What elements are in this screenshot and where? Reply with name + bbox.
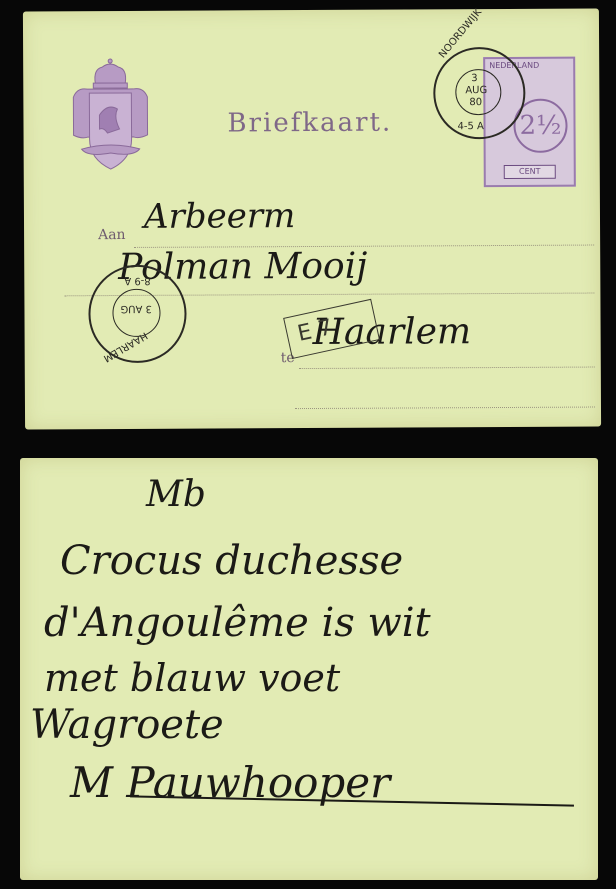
arrival-postmark: HAARLEM 3 AUG 8-9 A [23, 8, 599, 11]
message-line-1: Mb [146, 474, 206, 515]
postcard-front: Briefkaart. NEDERLAND 2½ CENT NOORDWIJK … [23, 8, 601, 429]
address-line-1: Arbeerm [144, 196, 296, 237]
coat-of-arms-icon [67, 57, 154, 175]
origin-day: 3 [471, 73, 477, 84]
arrival-date: 3 AUG [120, 303, 152, 314]
arrival-time: 8-9 A [124, 275, 150, 286]
box-stamp-text: E 7 [295, 315, 334, 347]
origin-postmark: NOORDWIJK 3 AUG 80 4-5 A [23, 8, 599, 11]
message-line-2: Crocus duchesse [60, 538, 403, 584]
message-line-3: d'Angoulême is wit [44, 600, 431, 646]
origin-month: AUG [465, 85, 487, 96]
message-line-4: met blauw voet [44, 656, 340, 700]
origin-year: 80 [469, 97, 482, 108]
message-line-5: Wagroete [30, 702, 224, 748]
label-aan: Aan [98, 227, 126, 243]
postcard-back: Mb Crocus duchesse d'Angoulême is wit me… [20, 458, 598, 880]
card-title: Briefkaart. [227, 108, 392, 139]
stamp-unit: CENT [504, 165, 556, 179]
origin-time: 4-5 A [457, 121, 483, 132]
